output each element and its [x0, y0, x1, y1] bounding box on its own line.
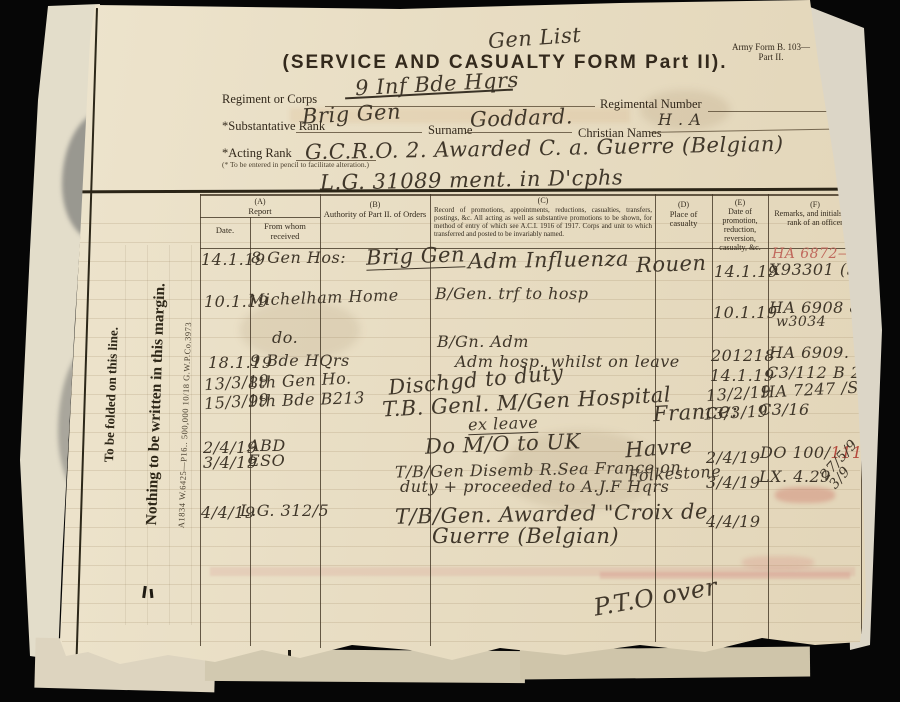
col-a-from-header: From whom received — [250, 222, 320, 241]
entry-record: B/Gn. Adm — [437, 332, 529, 351]
heavy-rule — [64, 188, 860, 194]
col-e-header: (E) Date of promotion, reduction, revers… — [713, 198, 767, 252]
entry-remark: C3/16 — [759, 400, 810, 419]
award-note-1: G.C.R.O. 2. Awarded C. a. Guerre (Belgia… — [305, 132, 784, 164]
col-b-header: (B) Authority of Part II. of Orders — [322, 200, 428, 219]
entry-edate: 3/4/19 — [706, 473, 761, 492]
surname-value: Goddard. — [470, 104, 574, 132]
red-stamp-mark — [742, 556, 814, 569]
entry-place: Rouen — [636, 251, 707, 277]
field-rule — [466, 132, 572, 133]
col-a-header: (A) Report — [200, 197, 320, 216]
entry-from: Michelham Home — [248, 285, 399, 309]
handwritten-gen-list: Gen List — [487, 23, 582, 53]
pink-bleed-line — [600, 572, 850, 579]
army-form-ref: Army Form B. 103— Part II. — [716, 42, 826, 62]
entry-record: Adm Influenza — [468, 247, 629, 274]
paper-fragment — [205, 649, 525, 683]
entry-from: 9th Bde B213 — [248, 388, 365, 411]
entry-from: do. — [272, 328, 298, 347]
entry-record-2: Guerre (Belgian) — [432, 524, 619, 548]
acting-rank-label: *Acting Rank — [222, 146, 292, 161]
entry-rank: Brig Gen — [366, 242, 466, 270]
table-column-line — [250, 217, 251, 646]
entry-remark: HA 7247 /S/ — [761, 377, 865, 401]
entry-from: L.G. 312/5 — [240, 501, 329, 520]
field-rule — [296, 132, 422, 133]
substantive-rank-value: Brig Gen — [301, 99, 401, 128]
red-stamp-mark — [775, 487, 835, 503]
surname-label: Surname — [428, 123, 472, 138]
col-c-header: (C) Record of promotions, appointments, … — [434, 196, 652, 238]
entry-edate: 4/4/19 — [706, 512, 761, 531]
entry-from: 8 Gen Hos: — [251, 248, 346, 267]
entry-remark: LX. 4.29 — [759, 467, 831, 486]
entry-remark-2: w3034 — [776, 314, 826, 330]
col-a-date-header: Date. — [200, 226, 250, 236]
col-d-header: (D) Place of casualty — [656, 200, 711, 229]
form-sheet: To be folded on this line. Nothing to be… — [0, 0, 900, 702]
entry-record: B/Gen. trf to hosp — [435, 284, 589, 303]
report-sub-border — [200, 217, 320, 218]
entry-edate: 10.1.19 — [713, 303, 778, 322]
entry-from: 9 Bde HQrs — [250, 351, 350, 370]
christian-names-value: H . A — [658, 110, 701, 129]
entry-from: ESO — [248, 451, 285, 470]
